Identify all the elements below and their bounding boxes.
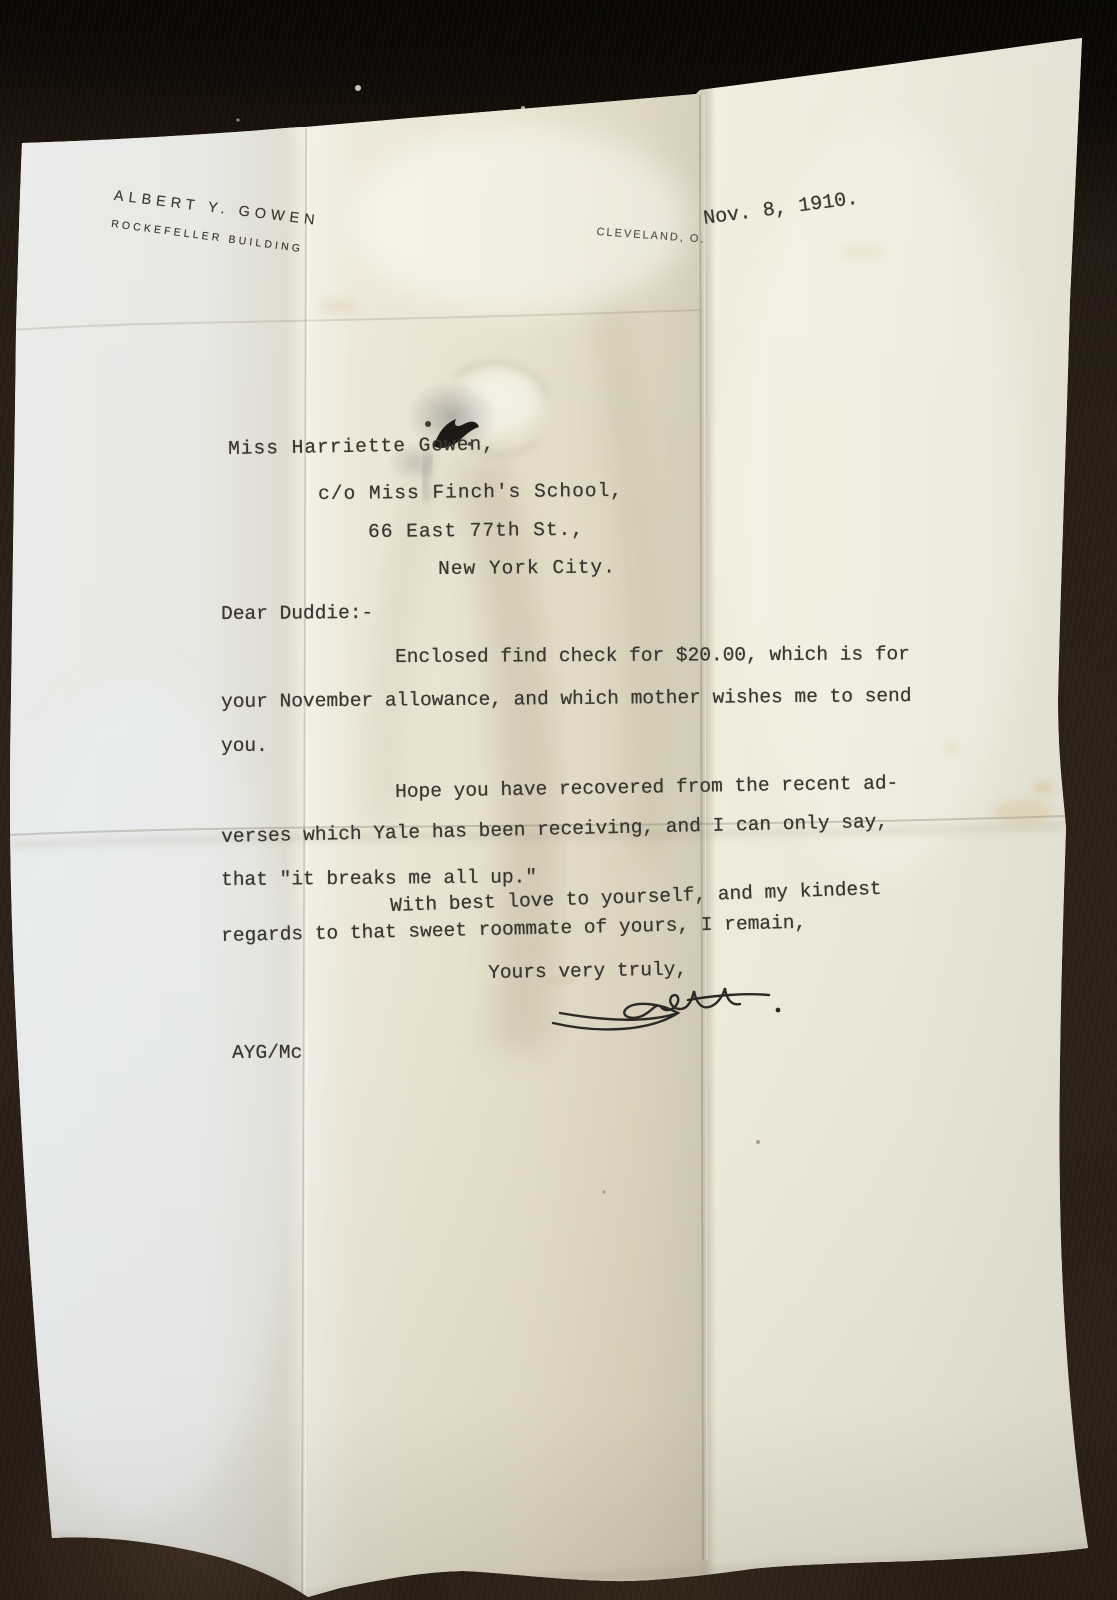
address-line-2: c/o Miss Finch's School, (318, 480, 623, 505)
body-line-3: you. (221, 735, 268, 757)
address-line-3: 66 East 77th St., (368, 519, 584, 543)
body-line-6: that "it breaks me all up." (221, 866, 537, 891)
address-line-1: Miss Harriette Gowen, (228, 433, 495, 460)
closing: Yours very truly, (488, 959, 687, 984)
address-line-4: New York City. (438, 556, 616, 580)
photo-background: ALBERT Y. GOWEN ROCKEFELLER BUILDING CLE… (0, 0, 1117, 1600)
typist-initials: AYG/Mc (232, 1042, 302, 1064)
body-line-1: Enclosed find check for $20.00, which is… (395, 643, 910, 668)
salutation: Dear Duddie:- (221, 602, 373, 625)
